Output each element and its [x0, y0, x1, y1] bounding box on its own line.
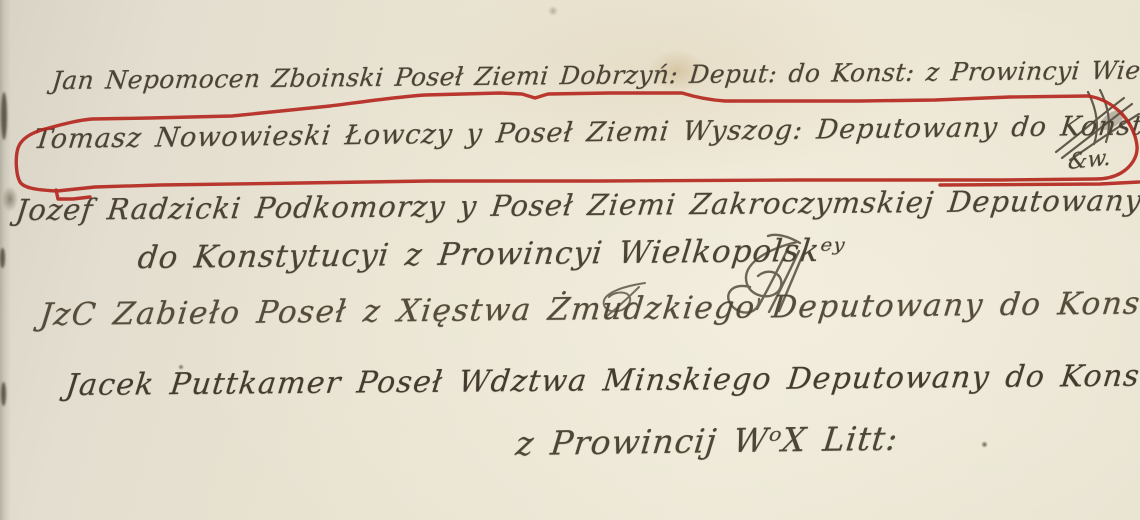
manuscript-line-7: z Prowincij WᵒX Litt:: [514, 419, 900, 463]
manuscript-line-5: JzC Zabieło Poseł z Xięstwa Żmudzkiego D…: [38, 285, 1140, 333]
manuscript-line-1: Jan Nepomocen Zboinski Poseł Ziemi Dobrz…: [51, 55, 1140, 95]
manuscript-line-2-circled: Tomasz Nowowieski Łowczy y Poseł Ziemi W…: [32, 109, 1140, 155]
page-edge-mark: [0, 248, 5, 268]
page-edge-mark: [1, 92, 7, 140]
page-edge-mark: [1, 382, 6, 406]
manuscript-line-4: do Konstytucyi z Prowincyi Wielkopolskᵉʸ: [136, 233, 847, 276]
paper-stain: [548, 6, 558, 16]
manuscript-line-2-suffix: &w.: [1068, 145, 1111, 175]
manuscript-scan: Jan Nepomocen Zboinski Poseł Ziemi Dobrz…: [0, 0, 1140, 520]
manuscript-line-6: Jacek Puttkamer Poseł Wdztwa Minskiego D…: [64, 358, 1140, 403]
manuscript-line-3: Jozef Radzicki Podkomorzy y Poseł Ziemi …: [14, 183, 1140, 227]
ink-speck: [981, 441, 988, 448]
